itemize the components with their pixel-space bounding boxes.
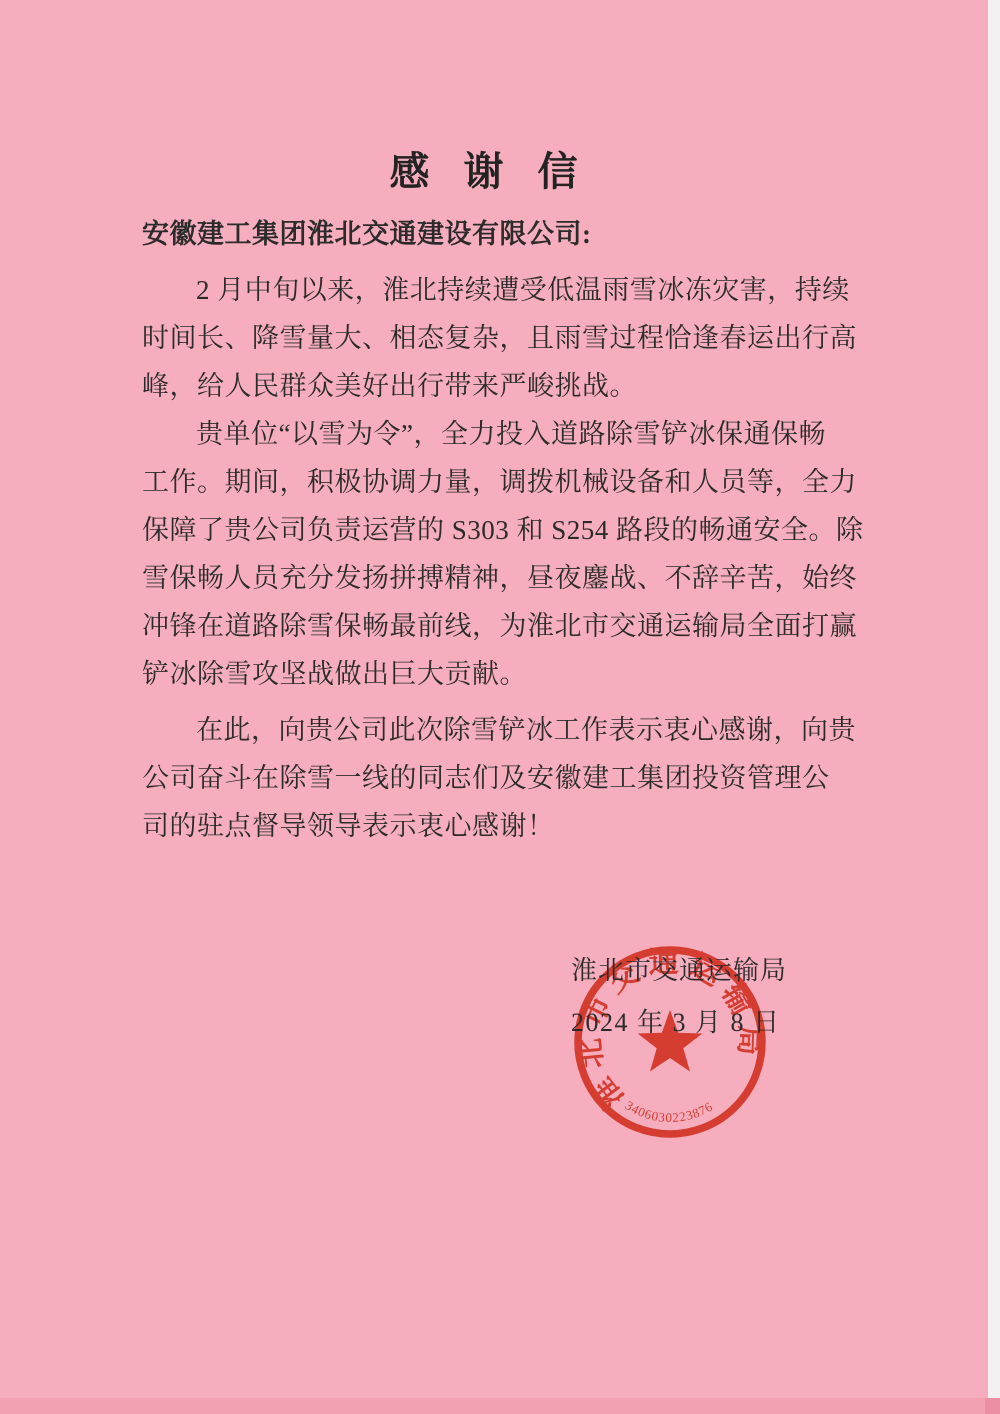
text-line: 冲锋在道路除雪保畅最前线，为淮北市交通运输局全面打赢 bbox=[142, 602, 866, 650]
salutation: 安徽建工集团淮北交通建设有限公司: bbox=[142, 210, 866, 258]
scan-edge-strip bbox=[988, 0, 1000, 1398]
scan-bottom-corner bbox=[985, 1398, 1000, 1414]
text-line: 贵单位“以雪为令”，全力投入道路除雪铲冰保通保畅 bbox=[142, 410, 866, 458]
text-line: 在此，向贵公司此次除雪铲冰工作表示衷心感谢，向贵 bbox=[142, 706, 866, 754]
text-line: 保障了贵公司负责运营的 S303 和 S254 路段的畅通安全。除 bbox=[142, 506, 866, 554]
paragraph: 在此，向贵公司此次除雪铲冰工作表示衷心感谢，向贵公司奋斗在除雪一线的同志们及安徽… bbox=[142, 706, 866, 850]
scan-bottom-band bbox=[0, 1398, 1000, 1414]
text-line: 铲冰除雪攻坚战做出巨大贡献。 bbox=[142, 650, 866, 698]
text-line: 司的驻点督导领导表示衷心感谢！ bbox=[142, 802, 866, 850]
text-line: 雪保畅人员充分发扬拼搏精神，昼夜鏖战、不辞辛苦，始终 bbox=[142, 554, 866, 602]
text-line: 峰，给人民群众美好出行带来严峻挑战。 bbox=[142, 362, 866, 410]
text-line: 公司奋斗在除雪一线的同志们及安徽建工集团投资管理公 bbox=[142, 754, 866, 802]
seal-number: 3406030223876 bbox=[623, 1098, 716, 1125]
text-line: 2 月中旬以来，淮北持续遭受低温雨雪冰冻灾害，持续 bbox=[142, 266, 866, 314]
svg-text:3406030223876: 3406030223876 bbox=[623, 1098, 716, 1125]
paragraph: 2 月中旬以来，淮北持续遭受低温雨雪冰冻灾害，持续时间长、降雪量大、相态复杂，且… bbox=[142, 266, 866, 410]
letter-title: 感 谢 信 bbox=[0, 140, 968, 197]
letter-body: 安徽建工集团淮北交通建设有限公司: 2 月中旬以来，淮北持续遭受低温雨雪冰冻灾害… bbox=[142, 210, 866, 850]
signature-org: 淮北市交通运输局 bbox=[571, 957, 787, 985]
text-line: 工作。期间，积极协调力量，调拨机械设备和人员等，全力 bbox=[142, 458, 866, 506]
text-line: 时间长、降雪量大、相态复杂，且雨雪过程恰逢春运出行高 bbox=[142, 314, 866, 362]
paragraph: 贵单位“以雪为令”，全力投入道路除雪铲冰保通保畅工作。期间，积极协调力量，调拨机… bbox=[142, 410, 866, 698]
signature-date: 2024 年 3 月 8 日 bbox=[571, 1009, 781, 1037]
